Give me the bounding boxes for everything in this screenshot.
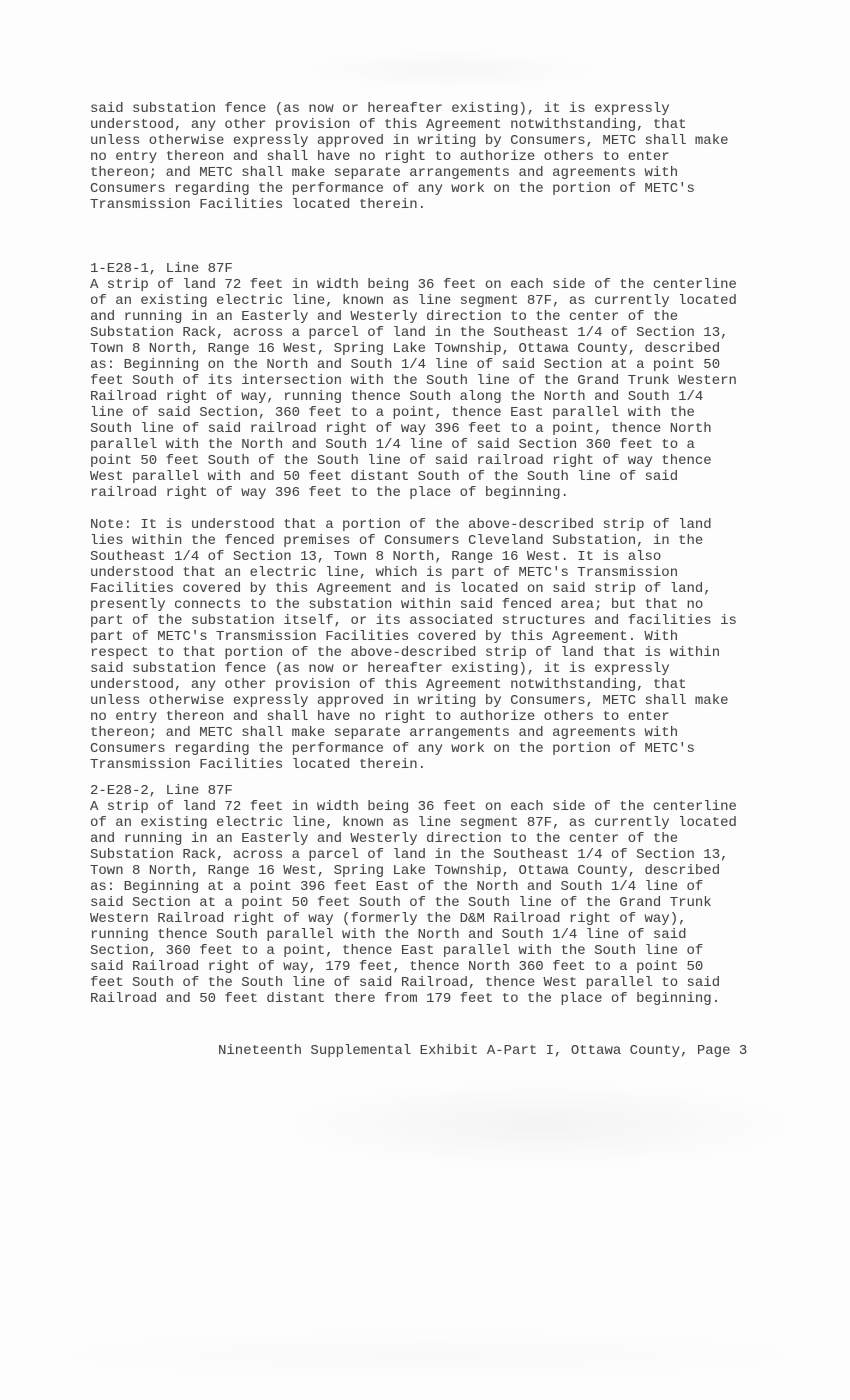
scan-smudge [280, 1080, 800, 1170]
page-footer: Nineteenth Supplemental Exhibit A-Part I… [218, 1043, 780, 1059]
legal-description-2-e28-2: A strip of land 72 feet in width being 3… [90, 799, 780, 1007]
scan-smudge [300, 50, 600, 90]
scanned-document-page: said substation fence (as now or hereaft… [0, 0, 850, 1400]
section-2-e28-2: 2-E28-2, Line 87F A strip of land 72 fee… [90, 783, 780, 1007]
note-paragraph: Note: It is understood that a portion of… [90, 517, 780, 773]
continuation-paragraph: said substation fence (as now or hereaft… [90, 101, 780, 213]
section-heading-1-e28-1: 1-E28-1, Line 87F [90, 261, 780, 277]
scan-smudge [60, 1330, 800, 1380]
legal-description-1-e28-1: A strip of land 72 feet in width being 3… [90, 277, 780, 501]
document-text-column: said substation fence (as now or hereaft… [90, 101, 780, 1059]
section-heading-2-e28-2: 2-E28-2, Line 87F [90, 783, 780, 799]
section-1-e28-1: 1-E28-1, Line 87F A strip of land 72 fee… [90, 261, 780, 501]
